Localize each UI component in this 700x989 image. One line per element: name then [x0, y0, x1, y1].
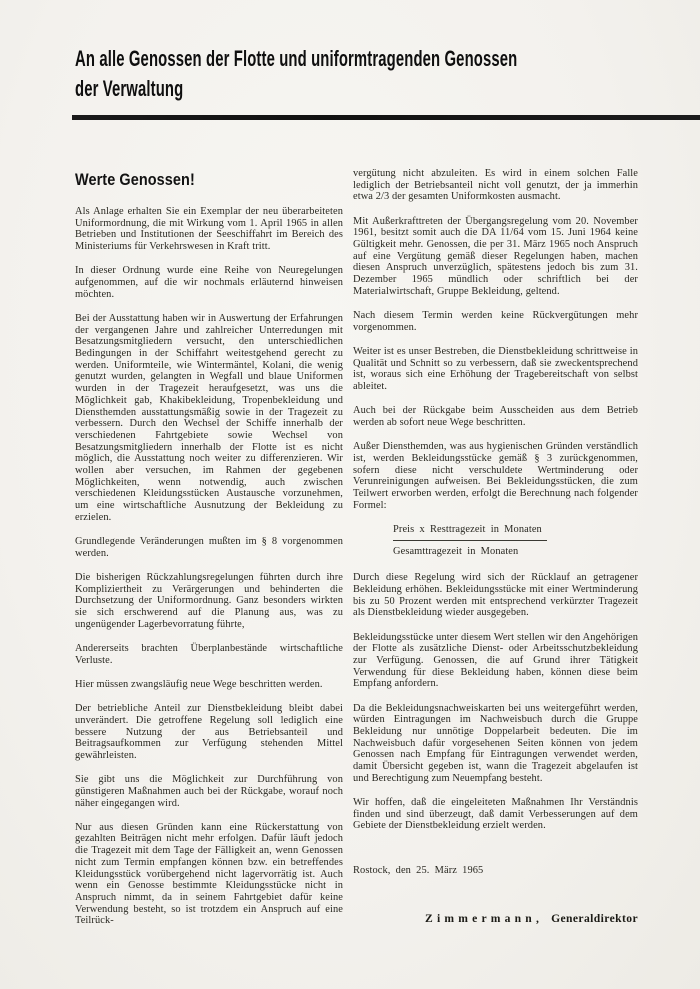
title-rule: [72, 115, 700, 120]
paragraph: Als Anlage erhalten Sie ein Exemplar der…: [75, 206, 343, 253]
document-page: An alle Genossen der Flotte und uniformt…: [0, 0, 700, 989]
paragraph: Andererseits brachten Überplanbestände w…: [75, 643, 343, 666]
document-title-line1: An alle Genossen der Flotte und uniformt…: [75, 44, 517, 74]
paragraph: In dieser Ordnung wurde eine Reihe von N…: [75, 265, 343, 300]
left-column: Werte Genossen! Als Anlage erhalten Sie …: [75, 168, 343, 940]
paragraph: Bekleidungsstücke unter diesem Wert stel…: [353, 632, 638, 691]
signature: Zimmermann, Generaldirektor: [353, 913, 638, 925]
paragraph: Wir hoffen, daß die eingeleiteten Maßnah…: [353, 797, 638, 832]
paragraph: Sie gibt uns die Möglichkeit zur Durchfü…: [75, 774, 343, 809]
paragraph: Auch bei der Rückgabe beim Ausscheiden a…: [353, 405, 638, 428]
paragraph: Grundlegende Veränderungen mußten im § 8…: [75, 536, 343, 559]
paragraph: Nur aus diesen Gründen kann eine Rückers…: [75, 822, 343, 927]
paragraph: Durch diese Regelung wird sich der Rückl…: [353, 572, 638, 619]
paragraph: Der betriebliche Anteil zur Dienstbeklei…: [75, 703, 343, 762]
signature-title: Generaldirektor: [551, 912, 638, 925]
paragraph: Weiter ist es unser Bestreben, die Diens…: [353, 346, 638, 393]
paragraph: Die bisherigen Rückzahlungsregelungen fü…: [75, 572, 343, 631]
signature-name: Zimmermann,: [425, 912, 543, 925]
paragraph: Bei der Ausstattung haben wir in Auswert…: [75, 313, 343, 524]
document-title-line2: der Verwaltung: [75, 74, 517, 104]
salutation-heading: Werte Genossen!: [75, 170, 303, 189]
document-title: An alle Genossen der Flotte und uniformt…: [75, 44, 517, 104]
formula: Preis x Resttragezeit in Monaten Gesamtt…: [393, 524, 638, 557]
paragraph: Nach diesem Termin werden keine Rückverg…: [353, 310, 638, 333]
formula-numerator: Preis x Resttragezeit in Monaten: [393, 524, 547, 541]
paragraph: Mit Außerkrafttreten der Übergangsregelu…: [353, 216, 638, 298]
paragraph: Hier müssen zwangsläufig neue Wege besch…: [75, 679, 343, 691]
right-column: vergütung nicht abzuleiten. Es wird in e…: [353, 168, 638, 925]
paragraph: Außer Diensthemden, was aus hygienischen…: [353, 441, 638, 511]
dateline: Rostock, den 25. März 1965: [353, 865, 638, 877]
paragraph: vergütung nicht abzuleiten. Es wird in e…: [353, 168, 638, 203]
paragraph: Da die Bekleidungsnachweiskarten bei uns…: [353, 703, 638, 785]
formula-denominator: Gesamttragezeit in Monaten: [393, 545, 518, 558]
